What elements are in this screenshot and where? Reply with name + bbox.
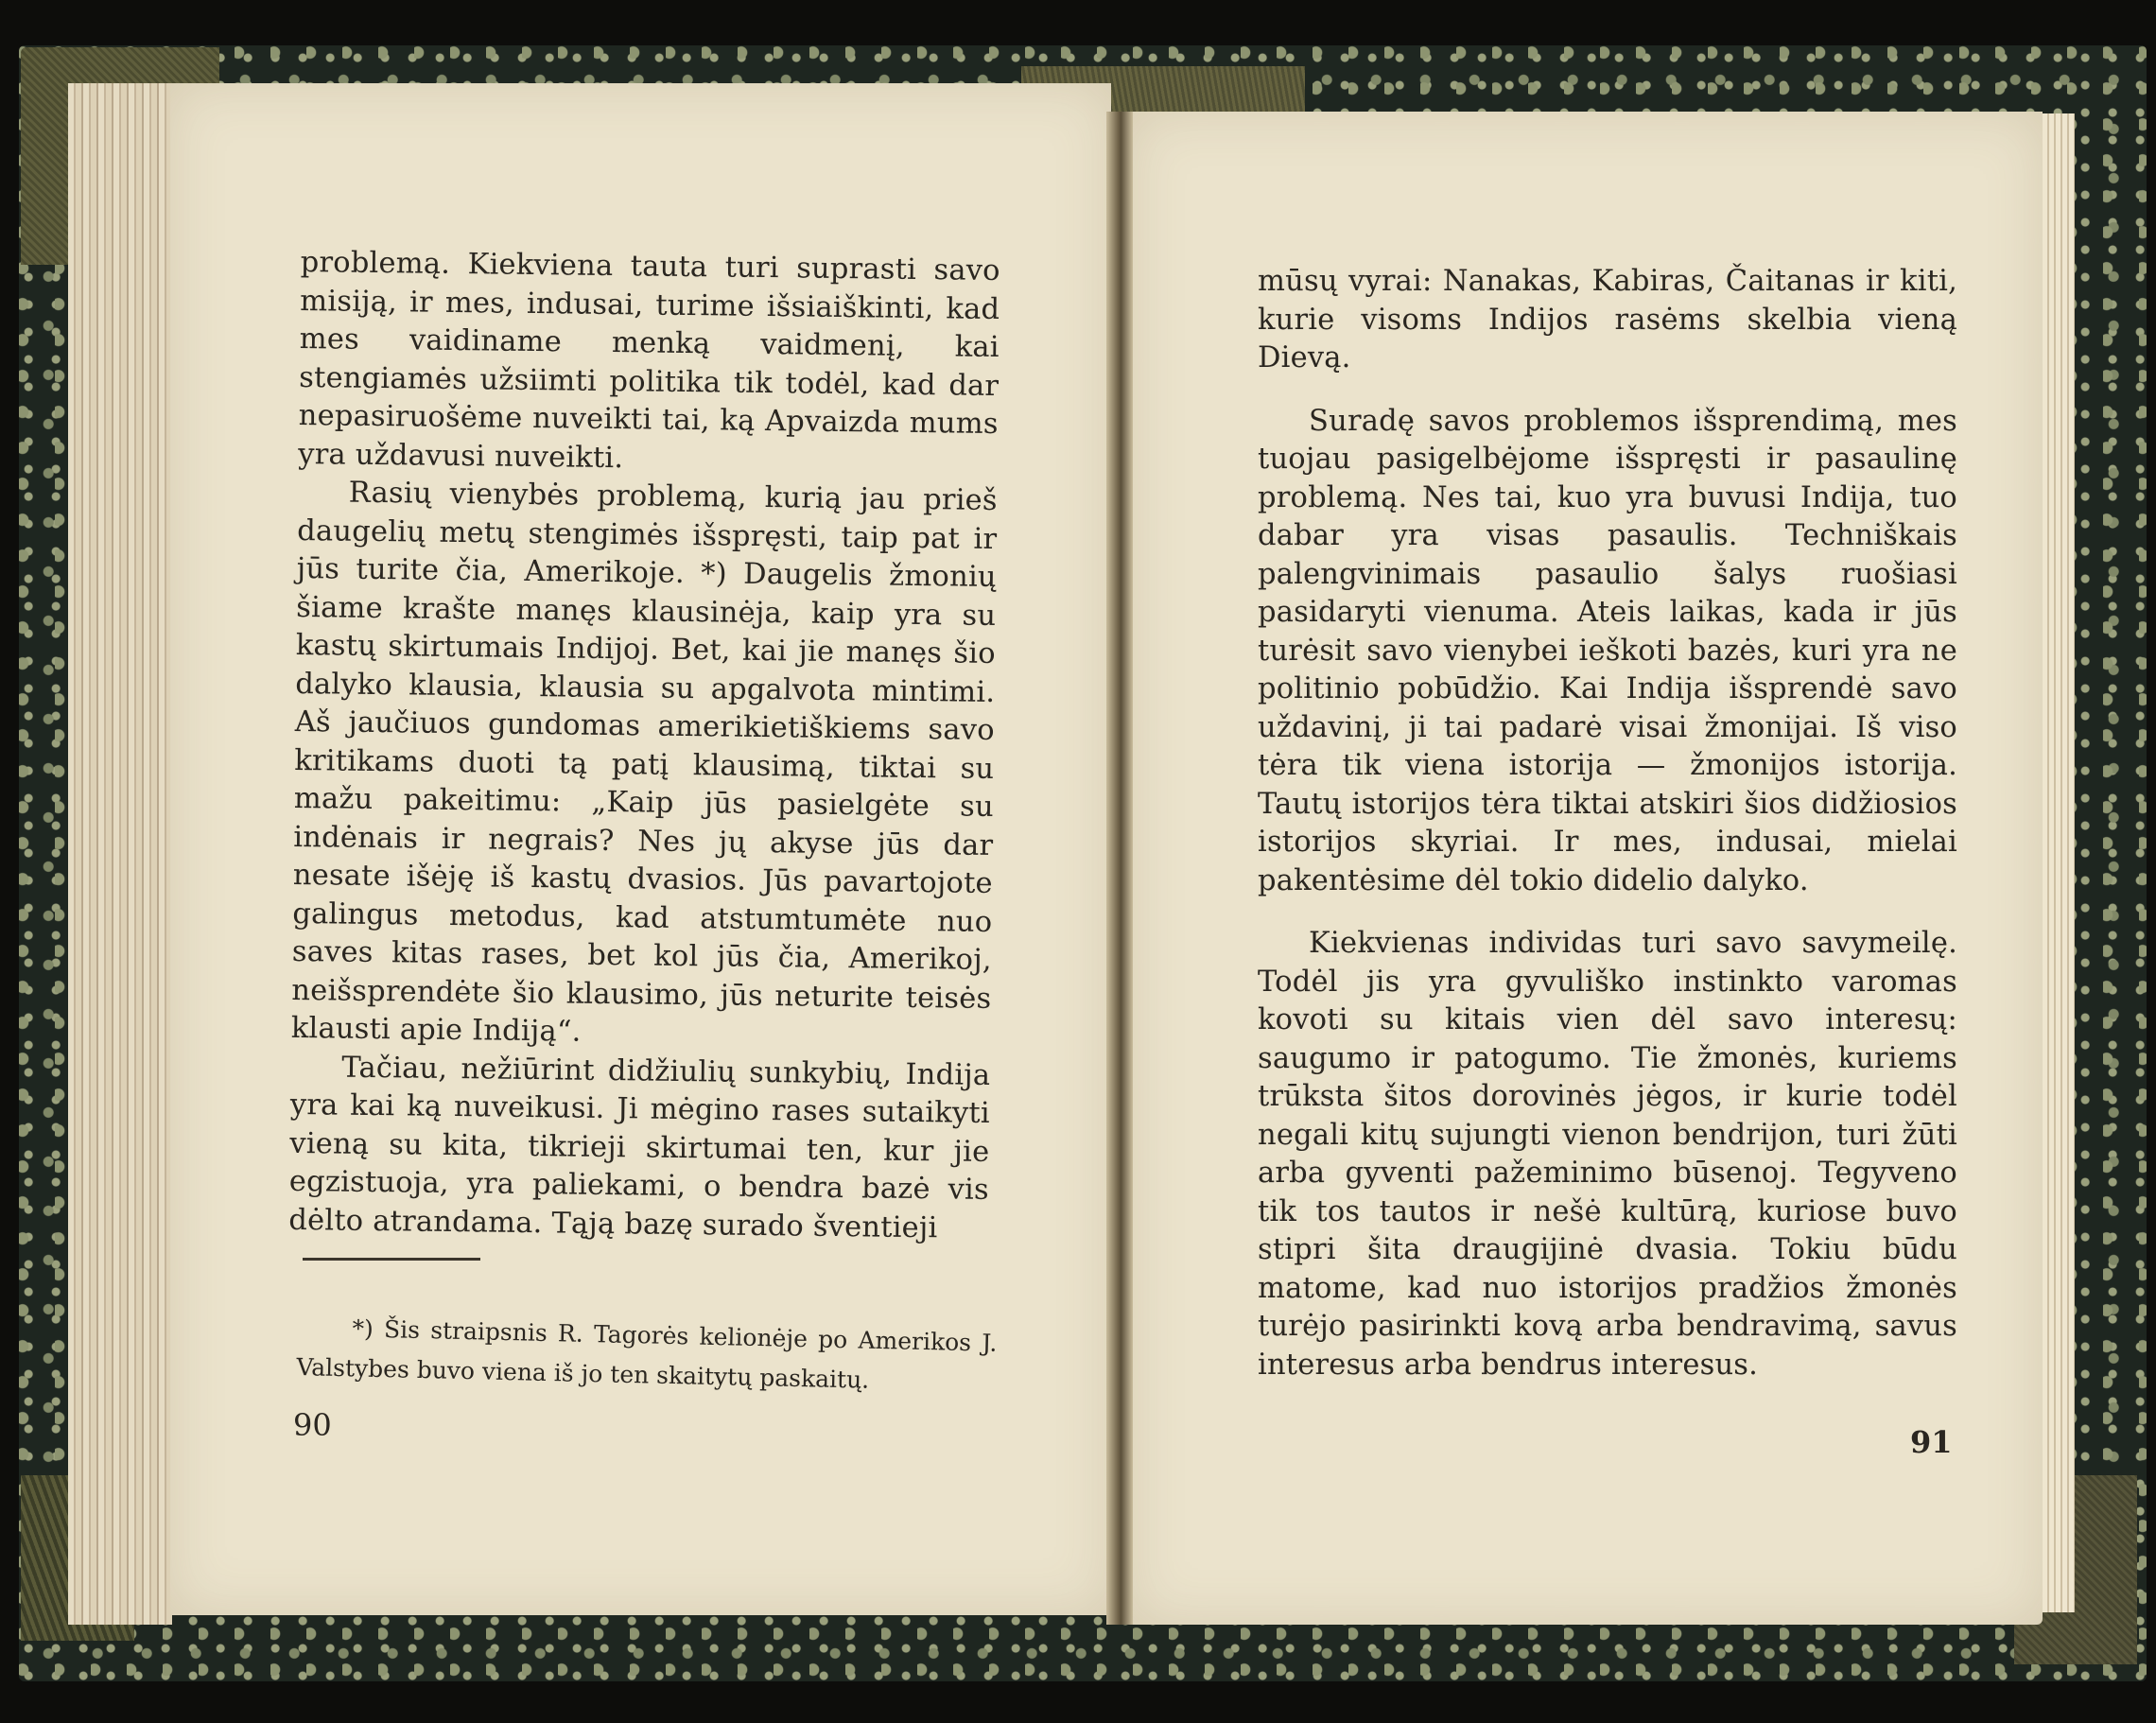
right-page-body: mūsų vyrai: Nanakas, Kabiras, Čaitanas i… bbox=[1258, 263, 1957, 1384]
book-gutter bbox=[1106, 112, 1133, 1625]
paragraph: Rasių vienybės problemą, kurią jau prieš… bbox=[291, 474, 998, 1056]
page-number: 90 bbox=[293, 1407, 332, 1443]
page-number: 91 bbox=[1910, 1424, 1953, 1460]
footnote: *) Šis straipsnis R. Tagorės kelionėje p… bbox=[296, 1308, 998, 1403]
left-page: problemą. Kiekviena tauta turi suprasti … bbox=[170, 83, 1111, 1615]
page-edges-right bbox=[2043, 113, 2075, 1612]
paragraph: Suradę savos problemos išsprendimą, mes … bbox=[1258, 403, 1957, 901]
right-page: mūsų vyrai: Nanakas, Kabiras, Čaitanas i… bbox=[1130, 112, 2043, 1625]
paragraph: Tačiau, nežiūrint didžiulių sunkybių, In… bbox=[288, 1048, 990, 1248]
footnote-divider bbox=[303, 1258, 480, 1261]
left-page-body: problemą. Kiekviena tauta turi suprasti … bbox=[288, 244, 1000, 1248]
page-edges-left bbox=[68, 83, 172, 1625]
paragraph: mūsų vyrai: Nanakas, Kabiras, Čaitanas i… bbox=[1258, 263, 1957, 378]
paragraph: Kiekvienas individas turi savo savymeilę… bbox=[1258, 925, 1957, 1384]
paragraph: problemą. Kiekviena tauta turi suprasti … bbox=[298, 244, 1000, 482]
